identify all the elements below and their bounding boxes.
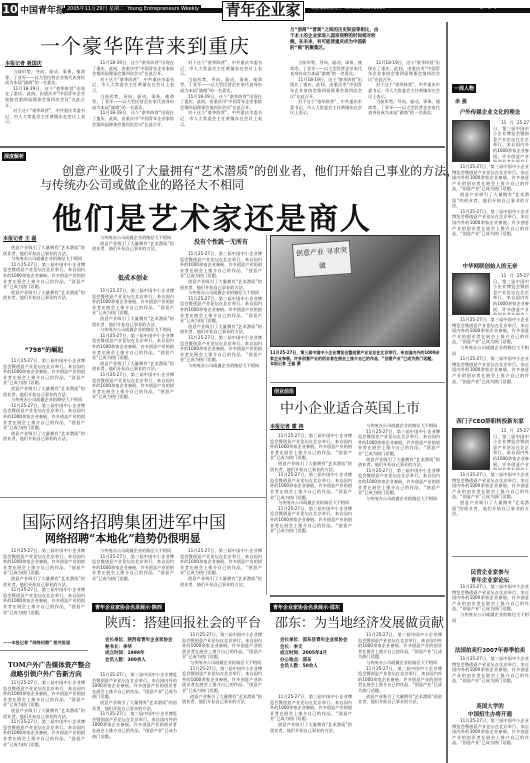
editor-contact: 本版编辑/陈光平 Tel:010-64098019 bbox=[310, 5, 385, 11]
uk-byline: 本报记者 霍 涛 bbox=[270, 423, 352, 430]
feature-col1: 本报记者 王 磊 创意产业吸引了大量拥有“艺术潜质”的创业者，他们开始自己事业的… bbox=[3, 235, 85, 518]
feature-tag: 深度解析 bbox=[2, 152, 26, 161]
sidebar-divider bbox=[446, 22, 448, 763]
photo-caption: 11月25-27日，第三届中国中小企业博览会暨创意产业论坛在北京举行。来自国内外… bbox=[270, 350, 440, 367]
top-story-byline: 本报记者 聂国庆 bbox=[5, 60, 85, 67]
editor-email: E-mail:zhuangpz@cyol.net.cn bbox=[450, 5, 517, 10]
recruitment-col2: 与传统办公司或做企业的路径大不相同11月25-27日，第三届中国中小企业博览会暨… bbox=[92, 548, 174, 598]
shaanxi-headline: 陕西：搭建回报社会的平台 bbox=[105, 612, 261, 631]
shaanxi-col1: 11月25-27日，第三届中国中小企业博览会暨创意产业论坛在北京举行。来自国内外… bbox=[92, 672, 177, 763]
top-story-col3: 对于这个“豪华阵营”，中共重庆市委书记、市人大常委会主任黄镇东在会议上表示。当前… bbox=[180, 60, 262, 142]
sidebar-story5-title: 法国拍卖行2007年春季拍卖 bbox=[452, 646, 528, 654]
top-story-lede: 与“浙商”“晋商”之间的历史积淀等相比，由于本土的企业家进入国家视野的时间相对较… bbox=[290, 28, 382, 52]
top-story-col2: 11月18-19日，这个“豪华阵营”出现在了重庆。此间，由重庆市“中国青年企业家… bbox=[92, 60, 174, 142]
tom-headline: TOM户外广告媒体资产整合 战略引领户外广告新方向 bbox=[8, 660, 84, 678]
top-story-text: 当前形势，导向，驱动，事务，使命等。丁亚军——以大型民营企业家代表身份成为本届“… bbox=[5, 69, 85, 147]
top-story-col4: 当前形势，导向，驱动，事务，使命等。丁亚军——以大型民营企业家代表身份成为本届“… bbox=[290, 60, 362, 142]
feature-deck-line2: 与传统办公司或做企业的路径大不相同 bbox=[40, 176, 244, 193]
recruitment-closing: ——本报记者 “网络招聘” 相关报道 bbox=[3, 640, 85, 650]
sidebar-photo2 bbox=[452, 273, 490, 315]
shaodong-col1: 11月25-27日，第三届中国中小企业博览会暨创意产业论坛在北京举行。来自国内外… bbox=[270, 694, 352, 763]
masthead: 10 中国青年报 2005年11月29日 星期二 Young Entrepren… bbox=[0, 0, 530, 22]
uk-col2: 与传统办公司或做企业的路径大不相同11月25-27日，第三届中国中小企业博览会暨… bbox=[358, 423, 440, 589]
feature-byline: 本报记者 王 磊 bbox=[3, 235, 85, 242]
sidebar-story4-title: 民营企业家参与 青年企业家论坛 bbox=[452, 568, 528, 584]
feature-col2: 与传统办公司或做企业的路径大不相同创意产业吸引了大量拥有“艺术潜质”的创业者，他… bbox=[92, 235, 174, 510]
feature-photo: 创意产业 寻求突破 bbox=[270, 235, 440, 347]
sidebar-story3-title: 西门子CEO辞职转投新东家 bbox=[452, 417, 528, 425]
feature-subhead-798: “798”的崛起 bbox=[3, 345, 85, 354]
issue-date: 2005年11月29日 星期二 Young Entrepreneurs Week… bbox=[65, 5, 201, 12]
sidebar-story6-text: 11月25-27日，第三届中国中小企业博览会暨创意产业论坛在北京举行。来自国内外… bbox=[452, 718, 529, 763]
sidebar-story6-title: 英国大学的 中国招生办将开通 bbox=[452, 702, 528, 718]
sidebar-tag: 一周人物 bbox=[452, 84, 476, 93]
top-story-col5: 11月18-19日，这个“豪华阵营”出现在了重庆。此间，由重庆市“中国青年企业家… bbox=[368, 60, 440, 142]
sidebar-story1-text: 11月25-27日，第三届中国中小企业博览会暨创意产业论坛在北京举行。来自国内外… bbox=[452, 164, 529, 264]
recruitment-subheadline: 网络招聘“本地化”趋势仍很明显 bbox=[45, 530, 201, 546]
feature-col3: 没有个性就一无所有 11月25-27日，第三届中国中小企业博览会暨创意产业论坛在… bbox=[180, 235, 262, 501]
section-title: 青年企业家 bbox=[222, 1, 304, 21]
shaodong-headline: 邵东：为当地经济发展做贡献 bbox=[275, 612, 444, 631]
feature-headline: 他们是艺术家还是商人 bbox=[52, 194, 372, 238]
recruitment-col3: 11月25-27日，第三届中国中小企业博览会暨创意产业论坛在北京举行。来自国内外… bbox=[180, 548, 262, 598]
sidebar-story2-text: 11月25-27日，第三届中国中小企业博览会暨创意产业论坛在北京举行。来自国内外… bbox=[452, 317, 529, 415]
top-story-headline: 一个豪华阵营来到重庆 bbox=[40, 30, 250, 59]
sidebar-photo1 bbox=[452, 120, 490, 162]
feature-subhead-low-cost: 低成本创业 bbox=[92, 273, 174, 282]
shaanxi-banner: 青年企业家协会名录展示·陕西 bbox=[92, 603, 165, 612]
shaodong-info: 会长单位：邵东县青年企业家协会 会长：李文 成立时间：2005年4月 办公地点：… bbox=[280, 638, 355, 671]
top-story-col1: 本报记者 聂国庆 当前形势，导向，驱动，事务，使命等。丁亚军——以大型民营企业家… bbox=[5, 60, 85, 147]
uk-tag: 创业前沿 bbox=[272, 387, 296, 396]
recruitment-col1: 11月25-27日，第三届中国中小企业博览会暨创意产业论坛在北京举行。来自国内外… bbox=[3, 548, 85, 640]
section-divider bbox=[0, 146, 445, 148]
sidebar-photo3 bbox=[452, 428, 490, 470]
sidebar-story2-title: 中华网联创始人的无奈 bbox=[452, 262, 528, 270]
sidebar-story5-text: 11月25-27日，第三届中国中小企业博览会暨创意产业论坛在北京举行。来自国内外… bbox=[452, 656, 529, 698]
paper-name: 中国青年报 bbox=[20, 3, 65, 16]
sidebar-story4-text: 11月25-27日，第三届中国中小企业博览会暨创意产业论坛在北京举行。来自国内外… bbox=[452, 584, 529, 644]
shaodong-col2: 11月25-27日，第三届中国中小企业博览会暨创意产业论坛在北京举行。来自国内外… bbox=[358, 632, 442, 763]
uk-col1: 本报记者 霍 涛 11月25-27日，第三届中国中小企业博览会暨创意产业论坛在北… bbox=[270, 423, 352, 591]
page-number: 10 bbox=[2, 3, 18, 16]
shaodong-banner: 青年企业家协会名录展示·邵东 bbox=[270, 603, 343, 612]
photo-sign: 创意产业 寻求突破 bbox=[292, 240, 352, 278]
uk-headline: 中小企业适合英国上市 bbox=[280, 398, 420, 418]
shaanxi-col2: 11月25-27日，第三届中国中小企业博览会暨创意产业论坛在北京举行。来自国内外… bbox=[182, 632, 262, 763]
sidebar-story3-text: 11月25-27日，第三届中国中小企业博览会暨创意产业论坛在北京举行。来自国内外… bbox=[452, 472, 529, 552]
sidebar-story1-title: 户外传媒企业文化的理念 bbox=[452, 108, 528, 116]
tom-text: 11月25-27日，第三届中国中小企业博览会暨创意产业论坛在北京举行。来自国内外… bbox=[3, 680, 85, 763]
feature-subhead-individuality: 没有个性就一无所有 bbox=[180, 237, 262, 246]
sidebar-person1: 余 强 bbox=[455, 98, 467, 105]
shaanxi-info: 会长单位：陕西省青年企业家协会 秘书长：李华 成立时间：1998年 会员人数：3… bbox=[105, 638, 180, 664]
